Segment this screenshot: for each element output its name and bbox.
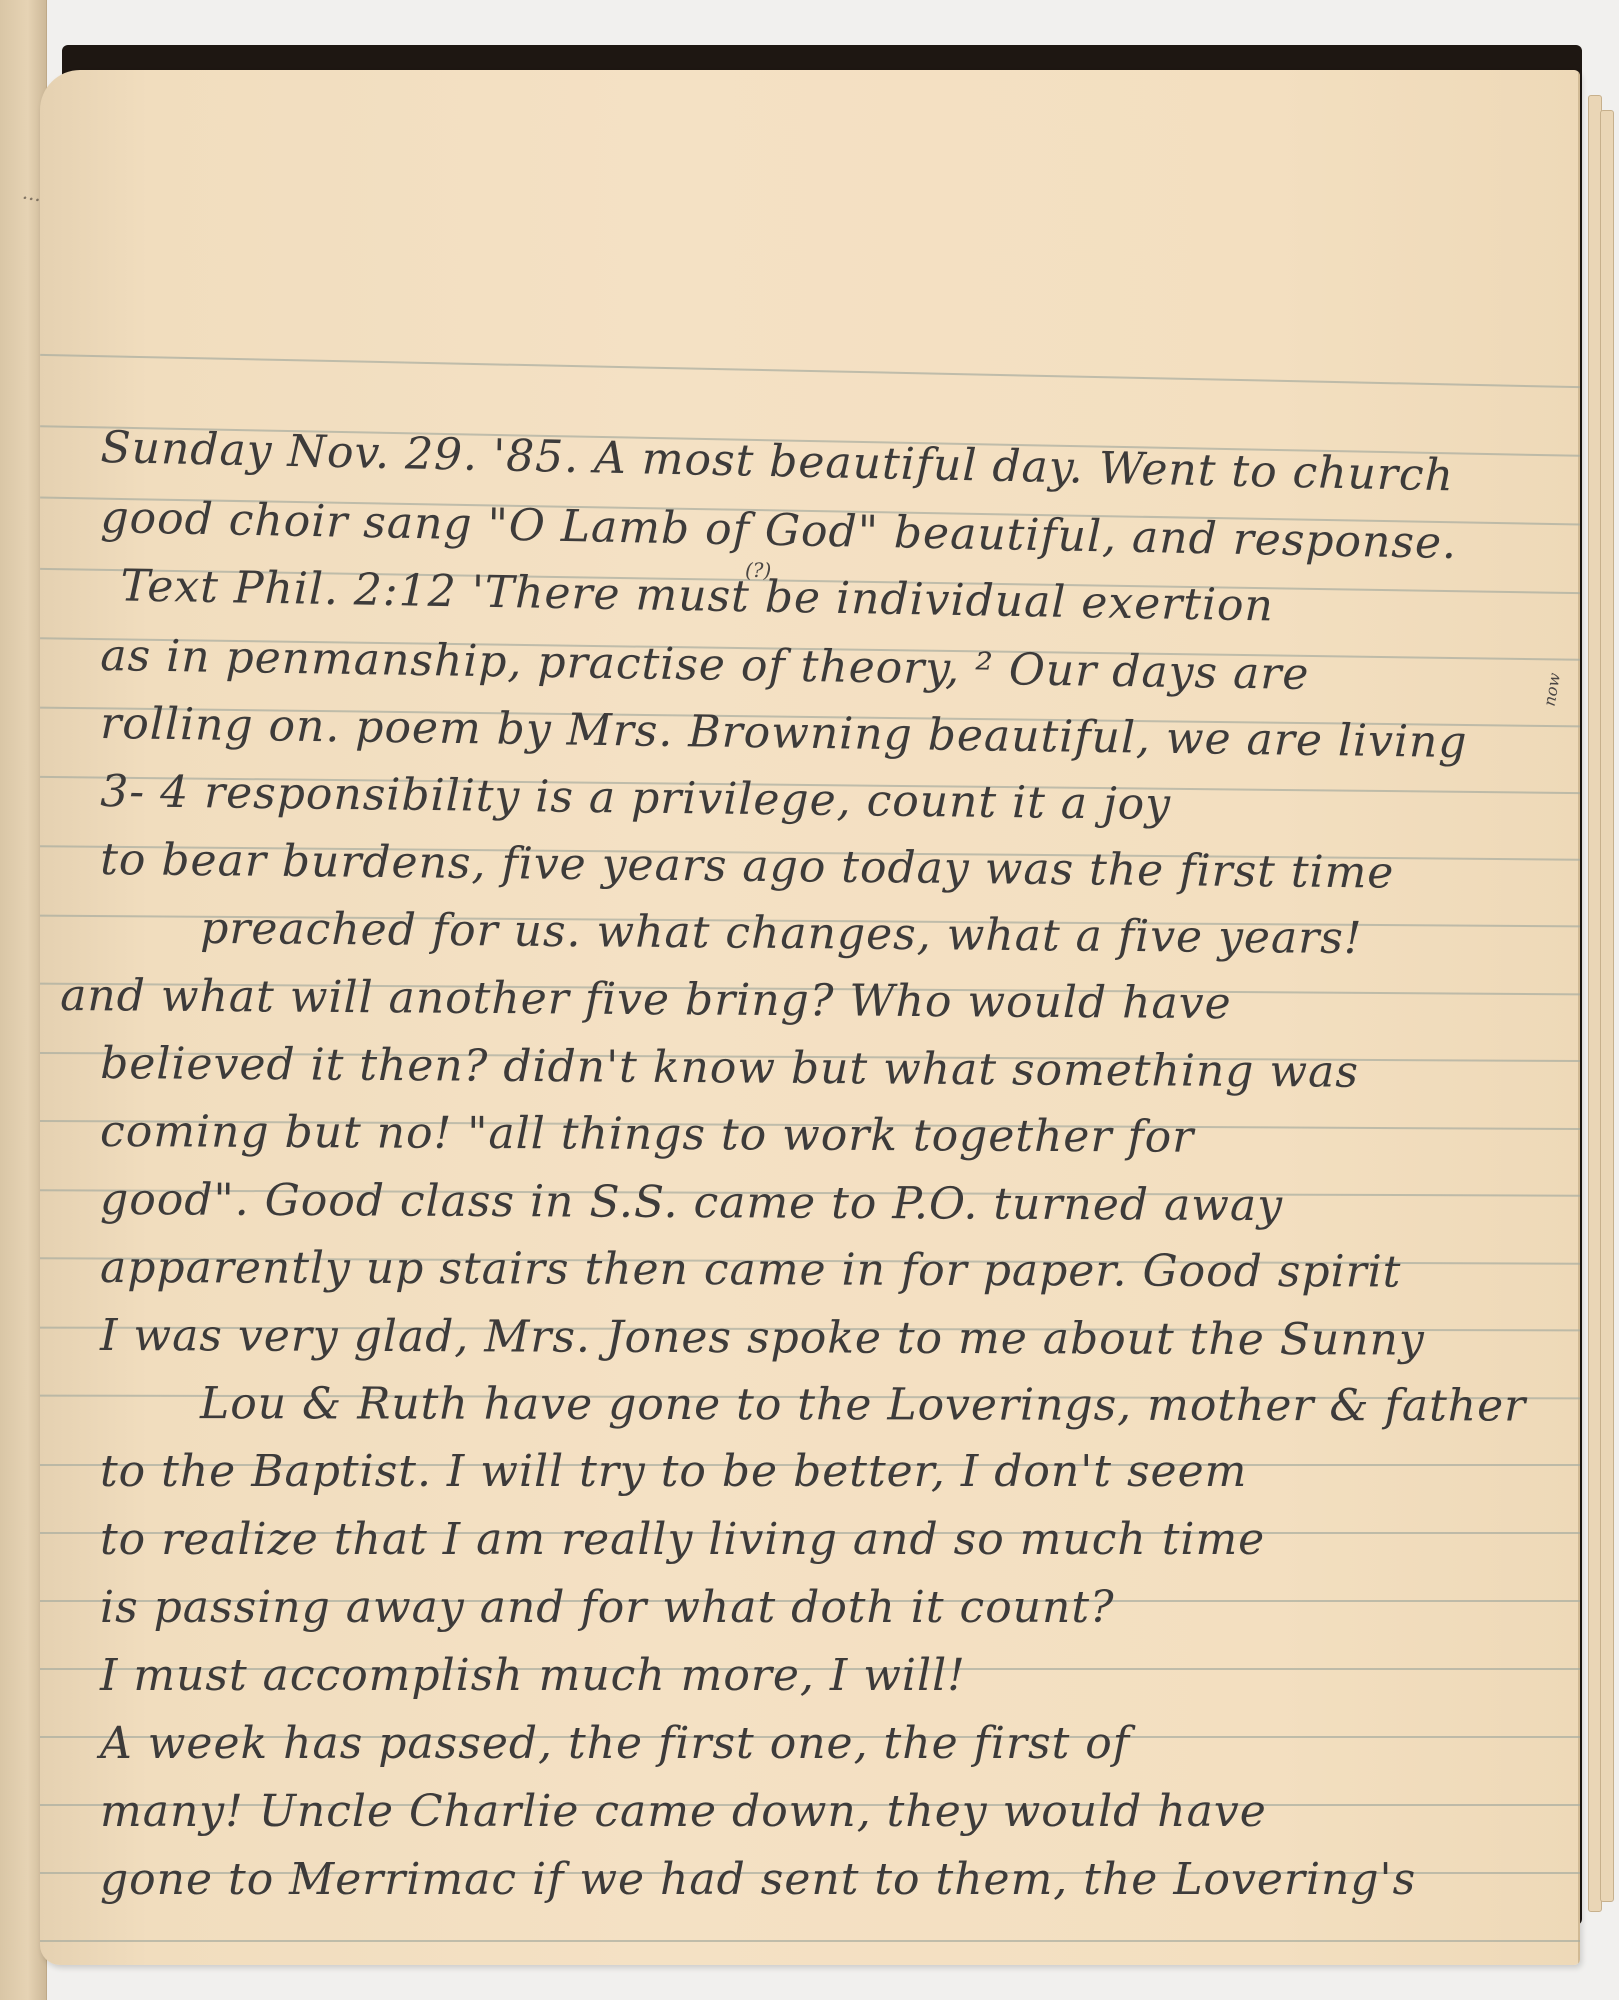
handwritten-line-13: apparently up stairs then came in for pa… bbox=[100, 1242, 1540, 1298]
handwritten-line-6: 3- 4 responsibility is a privilege, coun… bbox=[100, 766, 1541, 835]
handwritten-line-20: A week has passed, the first one, the fi… bbox=[100, 1718, 1540, 1769]
handwritten-line-18: is passing away and for what doth it cou… bbox=[100, 1582, 1540, 1633]
handwritten-line-22: gone to Merrimac if we had sent to them,… bbox=[100, 1854, 1540, 1905]
annotation-now: now bbox=[1540, 671, 1565, 707]
annotation-question: (?) bbox=[745, 558, 771, 582]
handwritten-line-14: I was very glad, Mrs. Jones spoke to me … bbox=[100, 1310, 1540, 1366]
handwritten-line-7: to bear burdens, five years ago today wa… bbox=[100, 834, 1540, 900]
handwritten-line-3: Text Phil. 2:12 'There must be individua… bbox=[100, 560, 1541, 636]
handwritten-line-9: and what will another five bring? Who wo… bbox=[60, 970, 1540, 1031]
page-stack-edge bbox=[1600, 110, 1614, 1902]
handwritten-line-1: Sunday Nov. 29. '85. A most beautiful da… bbox=[100, 422, 1541, 503]
diary-page: Sunday Nov. 29. '85. A most beautiful da… bbox=[40, 70, 1580, 1965]
handwritten-line-16: to the Baptist. I will try to be better,… bbox=[100, 1446, 1540, 1497]
handwritten-line-12: good". Good class in S.S. came to P.O. t… bbox=[100, 1174, 1540, 1233]
handwritten-line-10: believed it then? didn't know but what s… bbox=[100, 1038, 1540, 1099]
handwritten-line-15: Lou & Ruth have gone to the Loverings, m… bbox=[100, 1378, 1540, 1432]
ruled-line bbox=[40, 1940, 1580, 1942]
handwritten-line-11: coming but no! "all things to work toget… bbox=[100, 1106, 1540, 1165]
handwritten-line-19: I must accomplish much more, I will! bbox=[100, 1650, 1540, 1701]
handwritten-line-2: good choir sang "O Lamb of God" beautifu… bbox=[100, 492, 1541, 571]
handwritten-line-17: to realize that I am really living and s… bbox=[100, 1514, 1540, 1565]
handwritten-line-4: as in penmanship, practise of theory, ² … bbox=[100, 630, 1541, 704]
handwritten-line-21: many! Uncle Charlie came down, they woul… bbox=[100, 1786, 1540, 1837]
ruled-line bbox=[40, 354, 1580, 388]
handwritten-line-5: rolling on. poem by Mrs. Browning beauti… bbox=[100, 698, 1541, 769]
handwritten-line-8: preached for us. what changes, what a fi… bbox=[100, 902, 1540, 966]
